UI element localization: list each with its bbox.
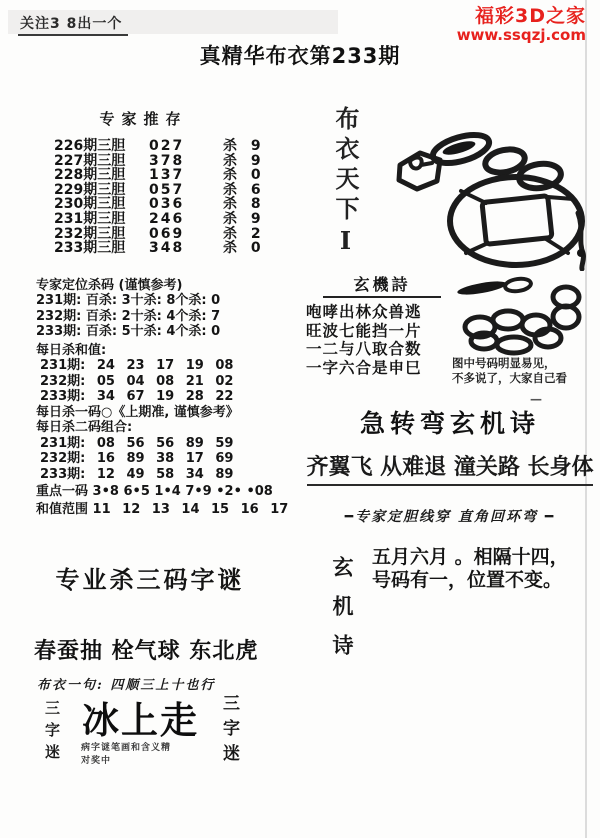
- row-nums: 246: [149, 212, 207, 227]
- table-row: 233期三胆 348 杀 0: [54, 241, 304, 256]
- sharp-turn-line: 齐翼飞 从难退 潼关路 长身体: [307, 450, 594, 486]
- section-row: 233期: 12 49 58 34 89: [36, 467, 304, 483]
- riddle-note: 病字谜笔画和含义精 对奖中: [81, 742, 171, 768]
- mystic-poem-title: 玄機詩: [323, 272, 441, 298]
- section-row: 231期: 百杀: 3十杀: 8个杀: 0: [36, 293, 304, 309]
- table-row: 228期三胆 137 杀 0: [54, 168, 304, 183]
- recommend-table: 226期三胆 027 杀 9 227期三胆 378 杀 9 228期三胆 137…: [36, 139, 304, 256]
- row-period: 226期三胆: [54, 139, 149, 154]
- table-row: 232期三胆 069 杀 2: [54, 227, 304, 242]
- table-row: 231期三胆 246 杀 9: [54, 212, 304, 227]
- row-nums: 378: [149, 154, 207, 169]
- key-one-line: 重点一码 3•8 6•5 1•4 7•9 •2• •08: [36, 484, 304, 500]
- caption-line: 图中号码明显易见，: [452, 356, 567, 371]
- row-period: 230期三胆: [54, 197, 149, 212]
- table-row: 227期三胆 378 杀 9: [54, 154, 304, 169]
- page-title: 真精华布衣第233期: [0, 40, 600, 70]
- caption-line: 不多说了，大家自己看: [452, 371, 567, 386]
- table-row: 229期三胆 057 杀 6: [54, 183, 304, 198]
- mystic-poem-lines: 咆哮出林众兽逃 旺波七能挡一片 一二与八取合数 一字六合是申巳: [306, 303, 458, 377]
- row-kill: 杀 9: [223, 154, 261, 169]
- row-period: 231期三胆: [54, 212, 149, 227]
- section-title: 每日杀和值:: [36, 343, 304, 359]
- kill-one-section: 每日杀一码○《上期准, 谨慎参考》: [36, 405, 304, 421]
- row-kill: 杀 2: [223, 227, 261, 242]
- three-char-riddle-answer: 冰上走: [82, 690, 199, 744]
- site-brand: 福彩3D之家 www.ssqzj.com: [457, 6, 586, 43]
- focus-note: 关注3 8出一个: [18, 13, 128, 36]
- sharp-turn-title: 急转弯玄机诗: [300, 404, 600, 440]
- row-nums: 036: [149, 197, 207, 212]
- section-row: 233期: 34 67 19 28 22: [36, 389, 304, 405]
- section-row: 231期: 24 23 17 19 08: [36, 358, 304, 374]
- row-kill: 杀 0: [223, 241, 261, 256]
- buyi-tianxia-vertical-title: 布衣天下Ⅰ: [328, 106, 363, 261]
- row-kill: 杀 0: [223, 168, 261, 183]
- expert-divider-line: ━专家定胆线穿 直角回环弯 ━: [300, 506, 600, 526]
- row-nums: 348: [149, 241, 207, 256]
- xuanji-line: 号码有一，位置不变。: [372, 569, 600, 592]
- key-one-value: 3•8 6•5 1•4 7•9 •2• •08: [93, 484, 273, 499]
- section-row: 233期: 百杀: 5十杀: 4个杀: 0: [36, 324, 304, 340]
- kill-sum-section: 每日杀和值: 231期: 24 23 17 19 08 232期: 05 04 …: [36, 343, 304, 405]
- three-char-label-left: 三字迷: [42, 700, 63, 766]
- table-row: 226期三胆 027 杀 9: [54, 139, 304, 154]
- three-char-label-right: 三字迷: [217, 694, 242, 769]
- section-row: 232期: 05 04 08 21 02: [36, 374, 304, 390]
- row-kill: 杀 9: [223, 212, 261, 227]
- coin-sketch: [388, 103, 600, 271]
- row-period: 229期三胆: [54, 183, 149, 198]
- xuanji-line: 五月六月 。相隔十四，: [372, 546, 600, 569]
- section-title: 每日杀二码组合:: [36, 420, 304, 436]
- riddle-note-line: 对奖中: [81, 755, 171, 768]
- left-column: 专家推存 226期三胆 027 杀 9 227期三胆 378 杀 9 228期三…: [36, 108, 304, 517]
- poem-line: 一二与八取合数: [306, 340, 458, 359]
- section-title: 专家定位杀码 (谨慎参考): [36, 278, 304, 294]
- row-nums: 137: [149, 168, 207, 183]
- sum-range-value: 11 12 13 14 15 16 17: [93, 502, 289, 517]
- section-row: 232期: 16 89 38 17 69: [36, 451, 304, 467]
- number-circles-sketch: [452, 275, 594, 357]
- row-nums: 069: [149, 227, 207, 242]
- poem-line: 咆哮出林众兽逃: [306, 303, 458, 322]
- section-title: 每日杀一码○《上期准, 谨慎参考》: [36, 405, 304, 421]
- riddle-note-line: 病字谜笔画和含义精: [81, 742, 171, 755]
- row-kill: 杀 8: [223, 197, 261, 212]
- row-kill: 杀 9: [223, 139, 261, 154]
- sum-range-line: 和值范围 11 12 13 14 15 16 17: [36, 502, 304, 518]
- key-one-label: 重点一码: [36, 484, 88, 499]
- row-nums: 057: [149, 183, 207, 198]
- poem-line: 一字六合是申巳: [306, 359, 458, 378]
- row-period: 228期三胆: [54, 168, 149, 183]
- row-period: 233期三胆: [54, 241, 149, 256]
- kill-position-section: 专家定位杀码 (谨慎参考) 231期: 百杀: 3十杀: 8个杀: 0 232期…: [36, 278, 304, 340]
- section-row: 231期: 08 56 56 89 59: [36, 436, 304, 452]
- brand-name: 福彩3D之家: [457, 6, 586, 27]
- poem-line: 旺波七能挡一片: [306, 322, 458, 341]
- sharp-turn-line-wrap: 齐翼飞 从难退 潼关路 长身体: [300, 450, 600, 486]
- mystic-poem: 玄機詩 咆哮出林众兽逃 旺波七能挡一片 一二与八取合数 一字六合是申巳: [306, 272, 458, 377]
- xuanji-poem-text: 五月六月 。相隔十四， 号码有一，位置不变。: [372, 546, 600, 592]
- row-period: 232期三胆: [54, 227, 149, 242]
- kill-two-section: 每日杀二码组合: 231期: 08 56 56 89 59 232期: 16 8…: [36, 420, 304, 482]
- sum-range-label: 和值范围: [36, 502, 88, 517]
- three-code-riddle-line: 春蚕抽 栓气球 东北虎: [34, 634, 294, 665]
- recommend-title: 专家推存: [36, 108, 251, 129]
- section-row: 232期: 百杀: 2十杀: 4个杀: 7: [36, 309, 304, 325]
- xuanji-vertical-title: 玄机诗: [327, 556, 357, 673]
- table-row: 230期三胆 036 杀 8: [54, 197, 304, 212]
- sketch-caption: 图中号码明显易见， 不多说了，大家自己看: [452, 356, 567, 386]
- lottery-sheet-page: 关注3 8出一个 福彩3D之家 www.ssqzj.com 真精华布衣第233期…: [0, 0, 600, 838]
- three-code-riddle-title: 专业杀三码字谜: [36, 560, 264, 595]
- row-nums: 027: [149, 139, 207, 154]
- row-period: 227期三胆: [54, 154, 149, 169]
